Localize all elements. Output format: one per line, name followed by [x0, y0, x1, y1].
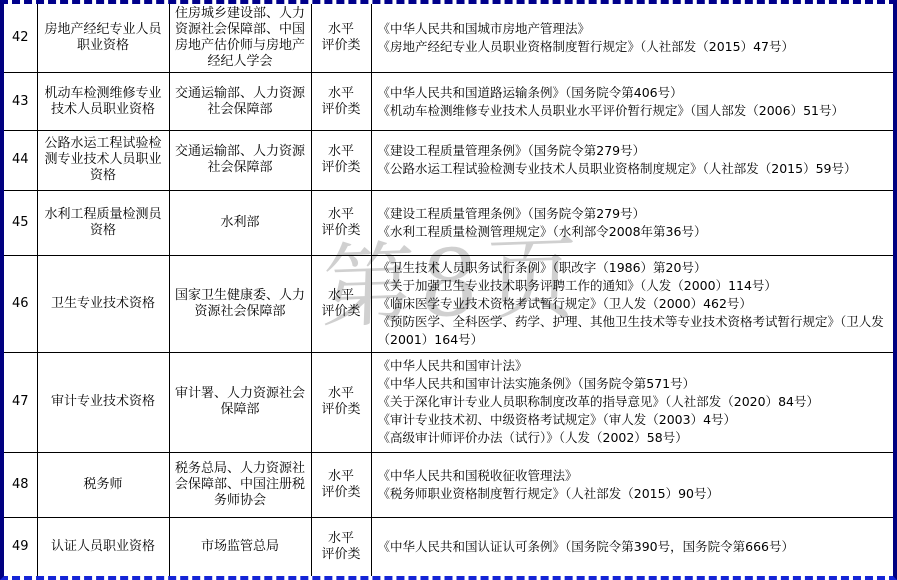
legal-basis-item: 《中华人民共和国审计法实施条例》（国务院令第571号） [378, 375, 890, 393]
row-number-cell: 49 [4, 518, 37, 576]
qualification-name-cell: 审计专业技术资格 [37, 353, 169, 453]
row-number-cell: 42 [4, 4, 37, 73]
legal-basis-cell: 《建设工程质量管理条例》（国务院令第279号）《公路水运工程试验检测专业技术人员… [371, 130, 893, 190]
legal-basis-cell: 《中华人民共和国城市房地产管理法》《房地产经纪专业人员职业资格制度暂行规定》（人… [371, 4, 893, 73]
qualification-name-cell: 认证人员职业资格 [37, 518, 169, 576]
legal-basis-cell: 《建设工程质量管理条例》（国务院令第279号）《水利工程质量检测管理规定》（水利… [371, 191, 893, 255]
legal-basis-cell: 《卫生技术人员职务试行条例》（职改字（1986）第20号）《关于加强卫生专业技术… [371, 255, 893, 353]
qualification-name-cell: 机动车检测维修专业技术人员职业资格 [37, 73, 169, 130]
table-row: 43机动车检测维修专业技术人员职业资格交通运输部、人力资源社会保障部水平 评价类… [4, 73, 893, 130]
table-row: 45水利工程质量检测员资格水利部水平 评价类《建设工程质量管理条例》（国务院令第… [4, 191, 893, 255]
qualification-name-cell: 房地产经纪专业人员职业资格 [37, 4, 169, 73]
department-cell: 税务总局、人力资源社会保障部、中国注册税务师协会 [169, 452, 311, 517]
category-cell: 水平 评价类 [311, 4, 371, 73]
row-number-cell: 44 [4, 130, 37, 190]
legal-basis-item: 《公路水运工程试验检测专业技术人员职业资格制度规定》（人社部发（2015）59号… [378, 160, 890, 178]
qualification-name-cell: 税务师 [37, 452, 169, 517]
table-row: 47审计专业技术资格审计署、人力资源社会保障部水平 评价类《中华人民共和国审计法… [4, 353, 893, 453]
department-cell: 市场监管总局 [169, 518, 311, 576]
row-number-cell: 47 [4, 353, 37, 453]
qualification-name-cell: 卫生专业技术资格 [37, 255, 169, 353]
table-row: 46卫生专业技术资格国家卫生健康委、人力资源社会保障部水平 评价类《卫生技术人员… [4, 255, 893, 353]
legal-basis-item: 《中华人民共和国城市房地产管理法》 [378, 20, 890, 38]
department-cell: 水利部 [169, 191, 311, 255]
row-number-cell: 48 [4, 452, 37, 517]
table-row: 49认证人员职业资格市场监管总局水平 评价类《中华人民共和国认证认可条例》（国务… [4, 518, 893, 576]
department-cell: 住房城乡建设部、人力资源社会保障部、中国房地产估价师与房地产经纪人学会 [169, 4, 311, 73]
document-page: 第8页 42房地产经纪专业人员职业资格住房城乡建设部、人力资源社会保障部、中国房… [0, 0, 897, 580]
department-cell: 交通运输部、人力资源社会保障部 [169, 73, 311, 130]
legal-basis-item: 《预防医学、全科医学、药学、护理、其他卫生技术等专业技术资格考试暂行规定》（卫人… [378, 313, 890, 349]
legal-basis-cell: 《中华人民共和国税收征收管理法》《税务师职业资格制度暂行规定》（人社部发（201… [371, 452, 893, 517]
legal-basis-cell: 《中华人民共和国认证认可条例》（国务院令第390号，国务院令第666号） [371, 518, 893, 576]
legal-basis-cell: 《中华人民共和国审计法》《中华人民共和国审计法实施条例》（国务院令第571号）《… [371, 353, 893, 453]
legal-basis-item: 《审计专业技术初、中级资格考试规定》（审人发（2003）4号） [378, 411, 890, 429]
row-number-cell: 46 [4, 255, 37, 353]
category-cell: 水平 评价类 [311, 73, 371, 130]
legal-basis-item: 《高级审计师评价办法（试行）》（人发（2002）58号） [378, 429, 890, 447]
table-frame: 42房地产经纪专业人员职业资格住房城乡建设部、人力资源社会保障部、中国房地产估价… [0, 0, 897, 580]
table-row: 48税务师税务总局、人力资源社会保障部、中国注册税务师协会水平 评价类《中华人民… [4, 452, 893, 517]
legal-basis-item: 《关于深化审计专业人员职称制度改革的指导意见》（人社部发（2020）84号） [378, 393, 890, 411]
legal-basis-item: 《临床医学专业技术资格考试暂行规定》（卫人发（2000）462号） [378, 295, 890, 313]
category-cell: 水平 评价类 [311, 518, 371, 576]
category-cell: 水平 评价类 [311, 191, 371, 255]
legal-basis-item: 《税务师职业资格制度暂行规定》（人社部发（2015）90号） [378, 485, 890, 503]
legal-basis-item: 《房地产经纪专业人员职业资格制度暂行规定》（人社部发（2015）47号） [378, 38, 890, 56]
row-number-cell: 43 [4, 73, 37, 130]
legal-basis-item: 《中华人民共和国道路运输条例》（国务院令第406号） [378, 84, 890, 102]
legal-basis-item: 《建设工程质量管理条例》（国务院令第279号） [378, 142, 890, 160]
row-number-cell: 45 [4, 191, 37, 255]
legal-basis-item: 《中华人民共和国税收征收管理法》 [378, 467, 890, 485]
department-cell: 交通运输部、人力资源社会保障部 [169, 130, 311, 190]
category-cell: 水平 评价类 [311, 255, 371, 353]
table-row: 44公路水运工程试验检测专业技术人员职业资格交通运输部、人力资源社会保障部水平 … [4, 130, 893, 190]
department-cell: 审计署、人力资源社会保障部 [169, 353, 311, 453]
legal-basis-item: 《卫生技术人员职务试行条例》（职改字（1986）第20号） [378, 259, 890, 277]
department-cell: 国家卫生健康委、人力资源社会保障部 [169, 255, 311, 353]
table-row: 42房地产经纪专业人员职业资格住房城乡建设部、人力资源社会保障部、中国房地产估价… [4, 4, 893, 73]
category-cell: 水平 评价类 [311, 130, 371, 190]
qualification-name-cell: 水利工程质量检测员资格 [37, 191, 169, 255]
legal-basis-item: 《建设工程质量管理条例》（国务院令第279号） [378, 205, 890, 223]
legal-basis-item: 《中华人民共和国认证认可条例》（国务院令第390号，国务院令第666号） [378, 538, 890, 556]
legal-basis-cell: 《中华人民共和国道路运输条例》（国务院令第406号）《机动车检测维修专业技术人员… [371, 73, 893, 130]
legal-basis-item: 《中华人民共和国审计法》 [378, 357, 890, 375]
qualification-table: 42房地产经纪专业人员职业资格住房城乡建设部、人力资源社会保障部、中国房地产估价… [4, 4, 893, 576]
category-cell: 水平 评价类 [311, 353, 371, 453]
legal-basis-item: 《水利工程质量检测管理规定》（水利部令2008年第36号） [378, 223, 890, 241]
qualification-name-cell: 公路水运工程试验检测专业技术人员职业资格 [37, 130, 169, 190]
category-cell: 水平 评价类 [311, 452, 371, 517]
legal-basis-item: 《机动车检测维修专业技术人员职业水平评价暂行规定》（国人部发（2006）51号） [378, 102, 890, 120]
legal-basis-item: 《关于加强卫生专业技术职务评聘工作的通知》（人发（2000）114号） [378, 277, 890, 295]
